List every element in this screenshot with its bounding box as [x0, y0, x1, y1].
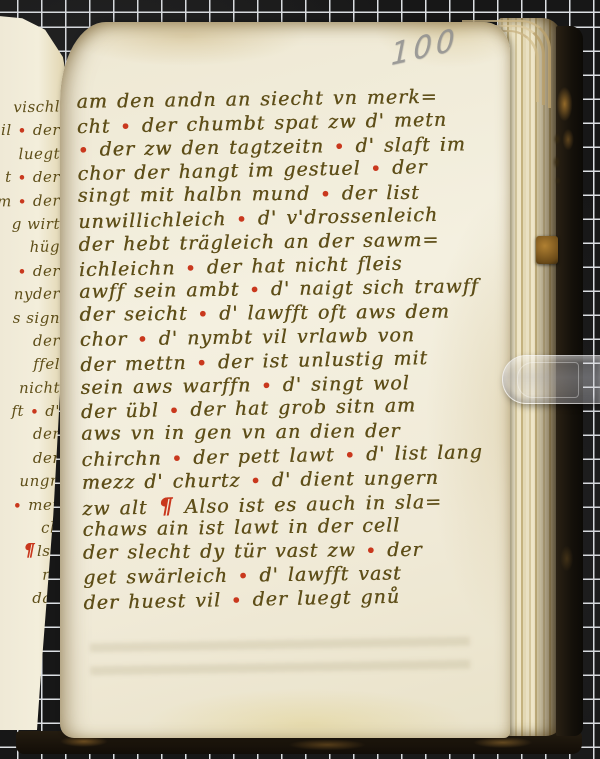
rubric-dot: •	[334, 137, 346, 156]
rubric-dot: •	[370, 159, 382, 178]
rubric-paragraph-mark: ¶	[23, 541, 34, 561]
plastic-page-clip	[502, 355, 600, 404]
rubric-dot: •	[137, 330, 149, 349]
rubric-dot: •	[169, 401, 181, 420]
ink-show-through	[90, 625, 471, 676]
rubric-dot: •	[18, 195, 27, 210]
manuscript-line: der slecht dy tür vast zw • der	[83, 538, 493, 565]
rubric-dot: •	[231, 591, 243, 610]
rubric-dot: •	[366, 541, 377, 560]
rubric-paragraph-mark: ¶	[158, 493, 173, 519]
rubric-dot: •	[236, 210, 248, 229]
rubric-dot: •	[320, 185, 331, 204]
facing-page-line-fragment: der	[0, 447, 60, 470]
rubric-dot: •	[78, 140, 90, 159]
rubric-dot: •	[120, 117, 132, 136]
facing-page-line-fragment: hüg	[0, 236, 60, 260]
rubric-dot: •	[18, 265, 27, 280]
rubric-dot: •	[249, 281, 261, 300]
facing-page-line-fragment: vischl	[0, 95, 60, 119]
manuscript-text-block: am den andn an siecht vn merk=cht • der …	[76, 85, 493, 614]
rubric-dot: •	[198, 305, 209, 324]
facing-page-line-fragment: nyder	[0, 283, 60, 307]
facing-page-line-fragment: ft • d'	[0, 400, 60, 423]
facing-page-line-fragment: • mer	[0, 494, 60, 517]
rubric-dot: •	[344, 446, 356, 465]
rubric-dot: •	[185, 258, 197, 277]
facing-page-line-fragment: il • der	[0, 119, 60, 142]
rubric-dot: •	[261, 376, 273, 395]
facing-page-line-fragment: g wirt	[0, 213, 60, 236]
pencil-folio-number: 100	[391, 22, 459, 74]
facing-page-line-fragment: ch	[0, 516, 60, 540]
facing-page-line-fragment: • der	[0, 260, 60, 283]
facing-page-line-fragment: t • der	[0, 166, 60, 189]
rubric-dot: •	[18, 171, 27, 186]
facing-page-line-fragment: ungn	[0, 470, 60, 494]
facing-page-line-fragment: m • der	[0, 189, 60, 213]
facing-page-line-fragment: der	[0, 423, 60, 447]
manuscript-line: der seicht • d' lawfft oft aws dem	[79, 300, 489, 327]
manuscript-page: 100 am den andn an siecht vn merk=cht • …	[60, 22, 510, 738]
fore-edge-ink-mark	[550, 128, 564, 190]
rubric-dot: •	[250, 471, 262, 490]
rubric-dot: •	[13, 499, 22, 514]
clasp-remnant	[536, 236, 558, 264]
rubric-dot: •	[238, 566, 250, 585]
rubric-dot: •	[172, 449, 184, 468]
facing-page-line-fragment: ffel	[0, 353, 60, 376]
rubric-dot: •	[18, 124, 27, 139]
facing-page-text-fragments: vischlil • derluegtt • derm • derg wirth…	[0, 96, 60, 611]
facing-page-line-fragment: s sign	[0, 307, 60, 330]
rubric-dot: •	[30, 405, 39, 420]
rubric-dot: •	[196, 353, 208, 372]
facing-page-line-fragment: luegt	[0, 142, 60, 166]
facing-page-line-fragment: nicht	[0, 376, 60, 400]
facing-page-line-fragment: der	[0, 329, 60, 353]
